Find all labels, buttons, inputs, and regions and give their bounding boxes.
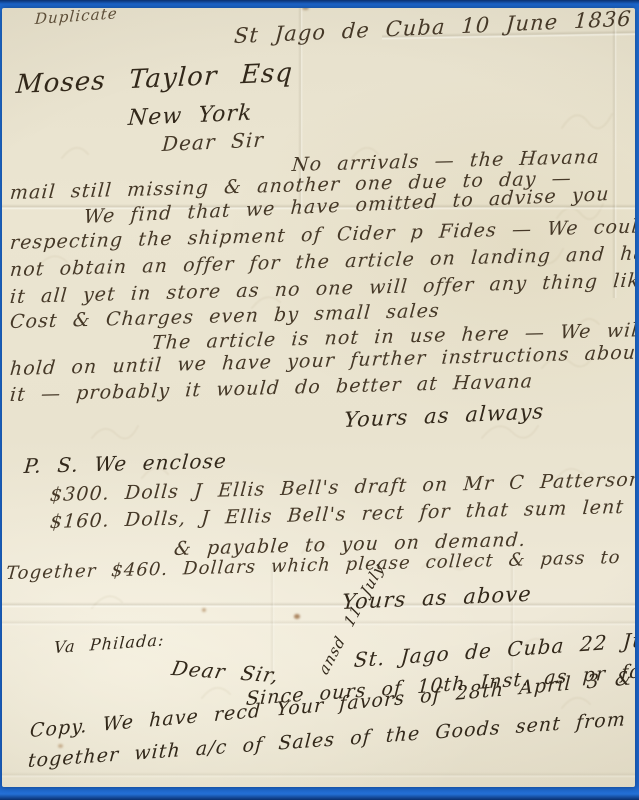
paper-stain [302,8,309,10]
paper-stain [202,608,206,612]
duplicate-annotation: Duplicate [34,8,118,28]
fold-crease [2,602,635,608]
letter1-closing: Yours as always [343,399,545,432]
fold-crease [2,620,635,626]
postscript-heading: P. S. We enclose [23,449,228,478]
letter1-recipient: Moses Taylor Esq [15,58,294,100]
paper-stain [294,614,300,619]
letter1-dateline: St Jago de Cuba 10 June 1836 [233,8,632,48]
letter2-salutation: Dear Sir, [169,656,281,687]
letter1-recipient-city: New York [127,101,253,132]
fold-crease [2,772,635,778]
letter1-salutation: Dear Sir [161,127,265,156]
scanned-letter-photo: Duplicate St Jago de Cuba 10 June 1836 M… [0,0,639,800]
letter-paper: Duplicate St Jago de Cuba 10 June 1836 M… [2,8,635,787]
letter2-route-note: Va Philada: [53,630,165,657]
